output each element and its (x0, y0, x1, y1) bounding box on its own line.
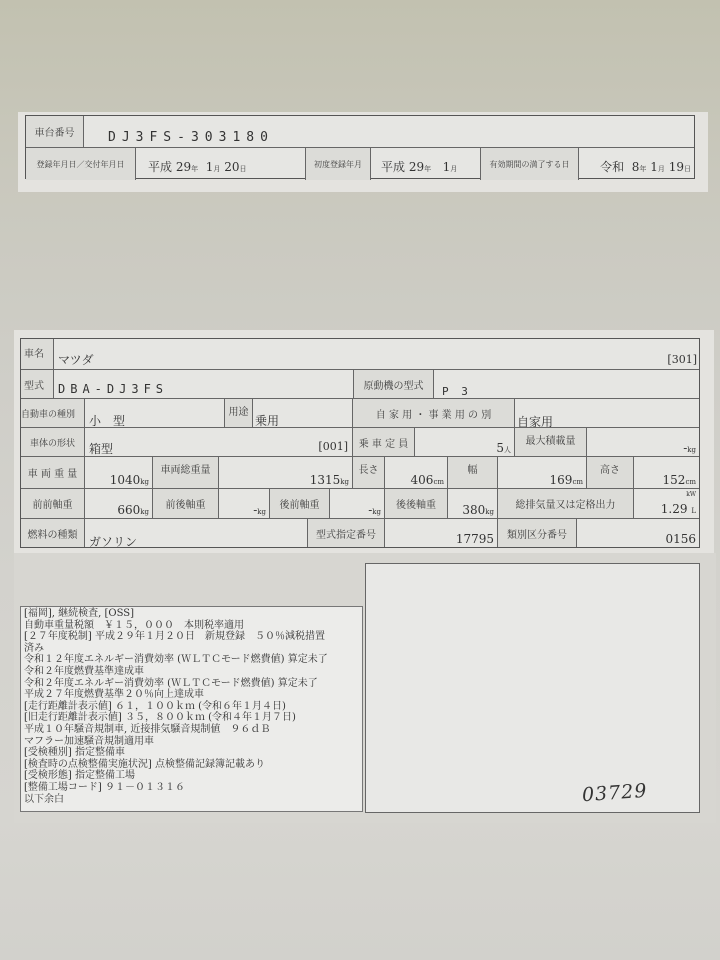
max-load: -kg (587, 428, 699, 457)
height-label: 高さ (587, 457, 634, 489)
rr-axle-label: 後後軸重 (385, 489, 448, 519)
remarks-line: [受検種別] 指定整備車 (24, 747, 359, 759)
rr-axle: 380kg (448, 489, 498, 519)
remarks-line: 令和２年度エネルギー消費効率 (ＷＬＴＣモード燃費値) 算定未了 (24, 678, 359, 690)
model-label: 型式 (21, 370, 54, 399)
length: 406cm (385, 457, 448, 489)
height: 152cm (634, 457, 699, 489)
registration-date-label: 登録年月日／交付年月日 (26, 148, 136, 180)
category: 0156 (577, 519, 699, 547)
first-registration-label: 初度登録年月 (306, 148, 371, 180)
fr-axle-label: 前後軸重 (153, 489, 219, 519)
engine-model: P 3 (434, 370, 699, 399)
remarks-line: 自動車重量税額 ￥１５，０００ 本則税率適用 (24, 620, 359, 632)
max-load-label: 最大積載量 (515, 428, 587, 457)
handwritten-note: 03729 (581, 780, 648, 807)
length-label: 長さ (353, 457, 385, 489)
type-designation: 17795 (385, 519, 498, 547)
remarks-line: 平成２７年度燃費基準２０％向上達成車 (24, 689, 359, 701)
remarks-line: マフラー加速騒音規制適用車 (24, 736, 359, 748)
body-shape-code: [001] (318, 440, 348, 453)
fuel: ガソリン (85, 519, 308, 547)
remarks-line: [整備工場コード] ９１－０１３１６ (24, 782, 359, 794)
displacement-unit-l: L (691, 507, 696, 515)
vehicle-class-label: 自動車の種別 (21, 399, 85, 428)
gross-weight: 1315kg (219, 457, 353, 489)
vehicle-class: 小 型 (85, 399, 225, 428)
first-registration: 平成 29年 1月 (371, 148, 481, 180)
blank-area (365, 563, 700, 813)
private-business-label: 自 家 用 ・ 事 業 用 の 別 (353, 399, 515, 428)
gross-weight-label: 車両総重量 (153, 457, 219, 489)
capacity-label: 乗 車 定 員 (353, 428, 415, 457)
remarks-line: 平成１０年騒音規制車, 近接排気騒音規制値 ９６ｄＢ (24, 724, 359, 736)
remarks-line: [受検形態] 指定整備工場 (24, 770, 359, 782)
weight-label: 車 両 重 量 (21, 457, 85, 489)
capacity: 5人 (415, 428, 515, 457)
weight: 1040kg (85, 457, 153, 489)
remarks-line: 済み (24, 643, 359, 655)
remarks-line: [２７年度税制] 平成２９年１月２０日 新規登録 ５０％減税措置 (24, 631, 359, 643)
remarks-line: [検査時の点検整備実施状況] 点検整備記録簿記載あり (24, 759, 359, 771)
type-designation-label: 型式指定番号 (308, 519, 385, 547)
category-label: 類別区分番号 (498, 519, 577, 547)
remarks-line: [旧走行距離計表示値] ３５，８００ｋｍ (令和４年１月７日) (24, 712, 359, 724)
width-label: 幅 (448, 457, 498, 489)
maker-code: [301] (667, 353, 697, 366)
maker: マツダ [301] (54, 339, 699, 370)
private-business: 自家用 (515, 399, 699, 428)
body-shape-label: 車体の形状 (21, 428, 85, 457)
remarks-line: [走行距離計表示値] ６１，１００ｋｍ (令和６年１月４日) (24, 701, 359, 713)
use: 乗用 (253, 399, 353, 428)
remarks-line: 以下余白 (24, 794, 359, 806)
chassis-number: DJ3FS-303180 (84, 116, 694, 148)
body-shape: 箱型 [001] (85, 428, 353, 457)
fr-axle: -kg (219, 489, 270, 519)
chassis-number-label: 車台番号 (26, 116, 84, 148)
expiry-label: 有効期間の満了する日 (481, 148, 579, 180)
displacement-unit-kw: kW (686, 491, 696, 498)
model: DBA-DJ3FS (54, 370, 354, 399)
vehicle-spec-table: 車名 マツダ [301] 型式 DBA-DJ3FS 原動機の型式 P 3 自動車… (20, 338, 700, 548)
fuel-label: 燃料の種類 (21, 519, 85, 547)
registration-table: 車台番号 DJ3FS-303180 登録年月日／交付年月日 平成 29年 1月 … (25, 115, 695, 179)
ff-axle: 660kg (85, 489, 153, 519)
engine-model-label: 原動機の型式 (354, 370, 434, 399)
remarks-line: 令和１２年度エネルギー消費効率 (ＷＬＴＣモード燃費値) 算定未了 (24, 654, 359, 666)
remarks-line: [福岡], 継続検査, [OSS] (24, 608, 359, 620)
rf-axle: -kg (330, 489, 385, 519)
expiry-date: 令和 8年 1月 19日 (579, 148, 694, 180)
displacement: 1.29 kW L (634, 489, 699, 519)
remarks-box: [福岡], 継続検査, [OSS]自動車重量税額 ￥１５，０００ 本則税率適用[… (20, 606, 363, 812)
width: 169cm (498, 457, 587, 489)
rf-axle-label: 後前軸重 (270, 489, 330, 519)
displacement-label: 総排気量又は定格出力 (498, 489, 634, 519)
use-label: 用途 (225, 399, 253, 428)
registration-date: 平成 29年 1月 20日 (136, 148, 306, 180)
remarks-line: 令和２年度燃費基準達成車 (24, 666, 359, 678)
maker-label: 車名 (21, 339, 54, 370)
ff-axle-label: 前前軸重 (21, 489, 85, 519)
